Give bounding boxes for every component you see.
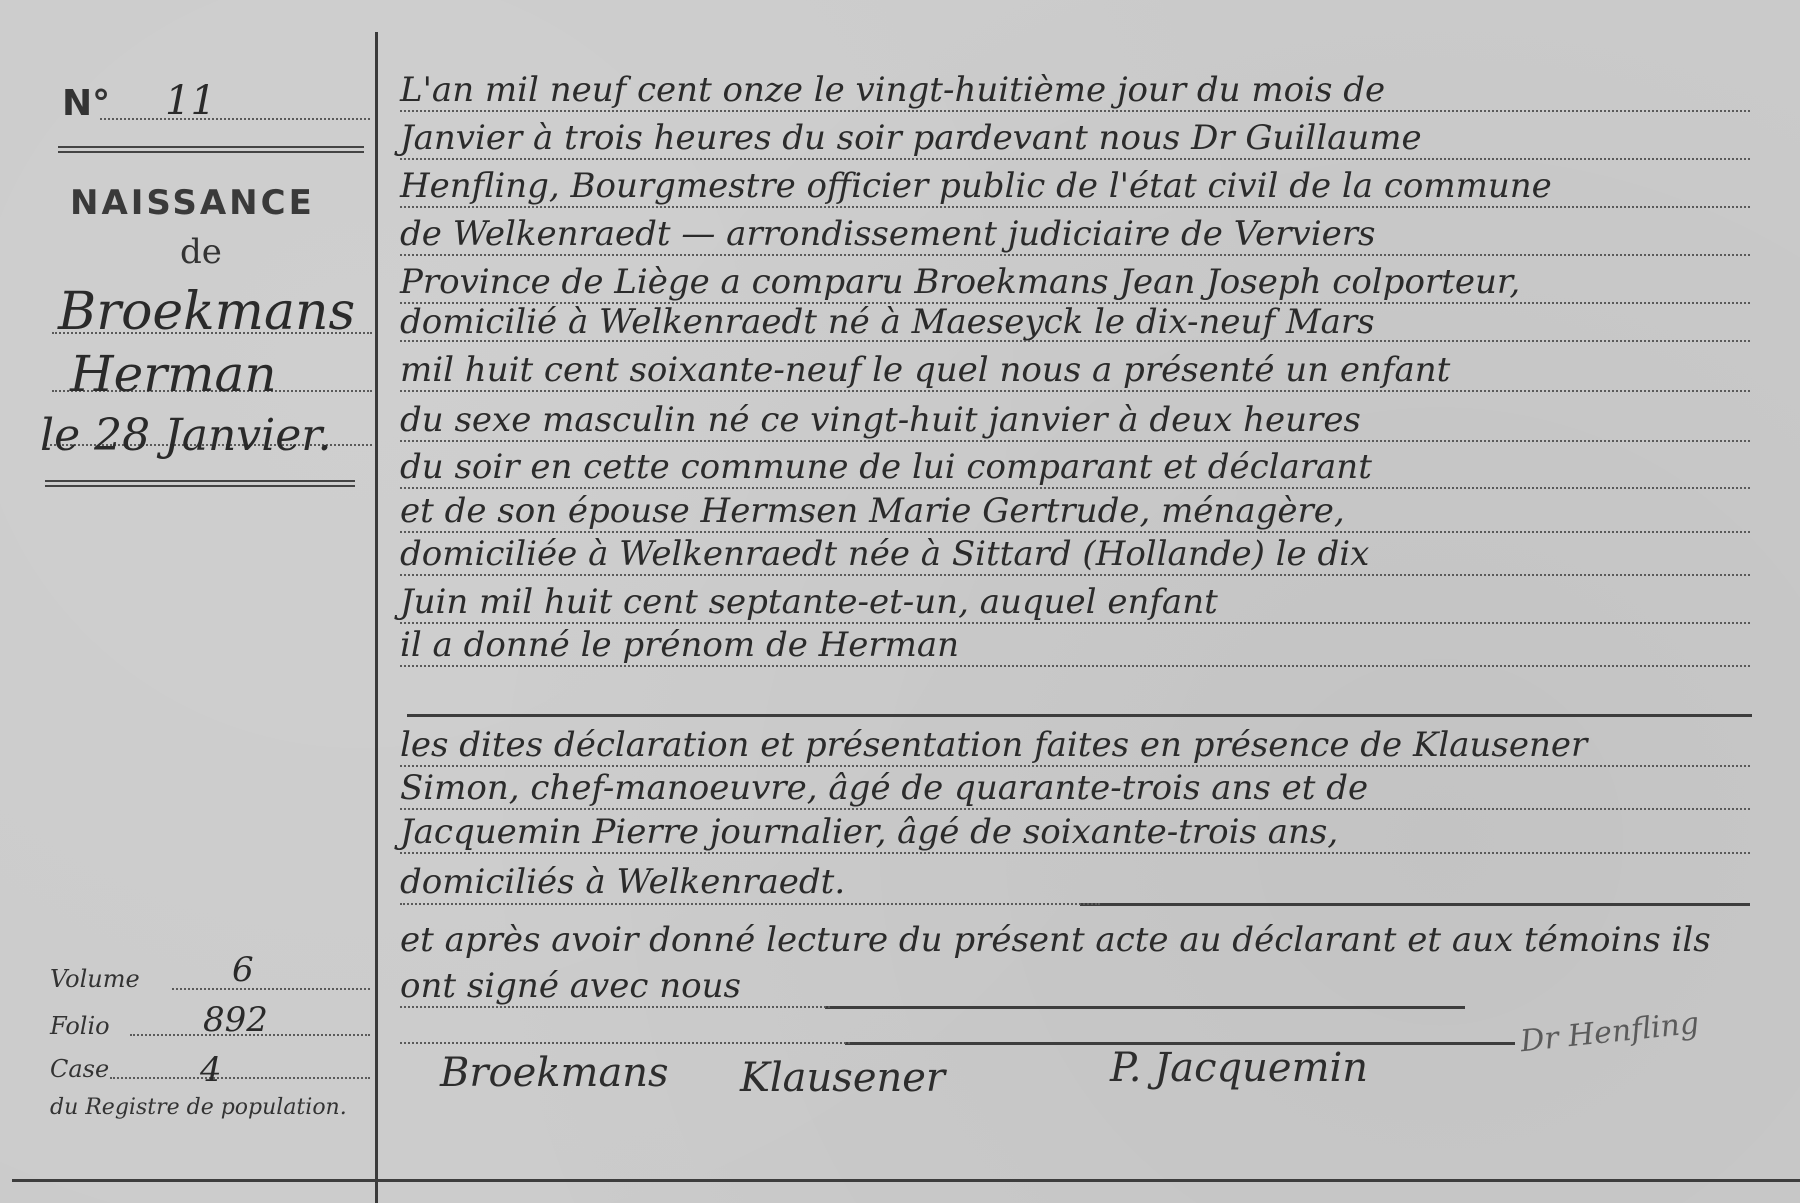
witness-line: les dites déclaration et présentation fa… bbox=[400, 725, 1587, 765]
writing-line bbox=[400, 665, 1750, 667]
volume-value: 6 bbox=[232, 950, 254, 990]
act-line: du sexe masculin né ce vingt-huit janvie… bbox=[400, 400, 1361, 440]
witness-line: Jacquemin Pierre journalier, âgé de soix… bbox=[400, 812, 1338, 852]
volume-dotted-line bbox=[172, 988, 370, 990]
folio-label: Folio bbox=[50, 1012, 110, 1040]
case-label: Case bbox=[50, 1055, 109, 1083]
act-line: du soir en cette commune de lui comparan… bbox=[400, 447, 1372, 487]
act-line: mil huit cent soixante-neuf le quel nous… bbox=[400, 350, 1450, 390]
signature-declarant: Broekmans bbox=[440, 1050, 669, 1096]
child-given-name: Herman bbox=[70, 345, 277, 403]
signature-rule-1 bbox=[825, 1006, 1465, 1009]
number-dotted-line bbox=[100, 118, 370, 120]
civil-registry-page: N° 11 NAISSANCE de Broekmans Herman le 2… bbox=[0, 0, 1800, 1203]
act-line: domicilié à Welkenraedt né à Maeseyck le… bbox=[400, 302, 1375, 342]
writing-line bbox=[400, 440, 1750, 442]
act-line: et de son épouse Hermsen Marie Gertrude,… bbox=[400, 491, 1345, 531]
paragraph-separator-1 bbox=[407, 714, 1752, 717]
writing-line bbox=[400, 1006, 830, 1008]
signature-witness-1: Klausener bbox=[740, 1055, 945, 1101]
bottom-rule bbox=[12, 1179, 1800, 1182]
number-double-rule bbox=[58, 146, 364, 153]
case-value: 4 bbox=[200, 1050, 222, 1090]
signature-officer: Dr Henfling bbox=[1519, 1006, 1701, 1060]
writing-line bbox=[400, 158, 1750, 160]
paragraph-separator-2 bbox=[1080, 903, 1750, 906]
record-number: 11 bbox=[165, 78, 216, 124]
closing-line: et après avoir donné lecture du présent … bbox=[400, 920, 1711, 960]
writing-line bbox=[400, 574, 1750, 576]
act-line: Henfling, Bourgmestre officier public de… bbox=[400, 166, 1552, 206]
writing-line bbox=[400, 110, 1750, 112]
writing-line bbox=[400, 903, 1100, 905]
writing-line bbox=[400, 206, 1750, 208]
register-footer: du Registre de population. bbox=[50, 1095, 347, 1120]
child-surname: Broekmans bbox=[58, 282, 355, 342]
writing-line bbox=[400, 531, 1750, 533]
folio-value: 892 bbox=[203, 1000, 268, 1040]
act-line: domiciliée à Welkenraedt née à Sittard (… bbox=[400, 534, 1369, 574]
writing-line bbox=[400, 487, 1750, 489]
closing-line: ont signé avec nous bbox=[400, 966, 741, 1006]
act-line: Province de Liège a comparu Broekmans Je… bbox=[400, 262, 1520, 302]
record-number-label: N° bbox=[62, 83, 110, 124]
record-type-title: NAISSANCE bbox=[70, 183, 315, 223]
writing-line bbox=[400, 852, 1750, 854]
writing-line bbox=[400, 765, 1750, 767]
writing-line bbox=[400, 1042, 850, 1044]
writing-line bbox=[400, 808, 1750, 810]
witness-line: domiciliés à Welkenraedt. bbox=[400, 862, 845, 902]
birth-date: le 28 Janvier. bbox=[40, 410, 331, 461]
act-line: de Welkenraedt — arrondissement judiciai… bbox=[400, 214, 1375, 254]
witness-line: Simon, chef-manoeuvre, âgé de quarante-t… bbox=[400, 768, 1368, 808]
writing-line bbox=[400, 390, 1750, 392]
case-dotted-line bbox=[110, 1077, 370, 1079]
column-divider bbox=[375, 32, 378, 1203]
act-line: L'an mil neuf cent onze le vingt-huitièm… bbox=[400, 70, 1385, 110]
date-double-rule bbox=[45, 480, 355, 487]
act-line: Janvier à trois heures du soir pardevant… bbox=[400, 118, 1422, 158]
writing-line bbox=[400, 622, 1750, 624]
act-line: Juin mil huit cent septante-et-un, auque… bbox=[400, 582, 1218, 622]
writing-line bbox=[400, 254, 1750, 256]
signature-witness-2: P. Jacquemin bbox=[1110, 1045, 1368, 1091]
record-type-de: de bbox=[180, 232, 222, 272]
act-line: il a donné le prénom de Herman bbox=[400, 625, 959, 665]
volume-label: Volume bbox=[50, 965, 140, 993]
